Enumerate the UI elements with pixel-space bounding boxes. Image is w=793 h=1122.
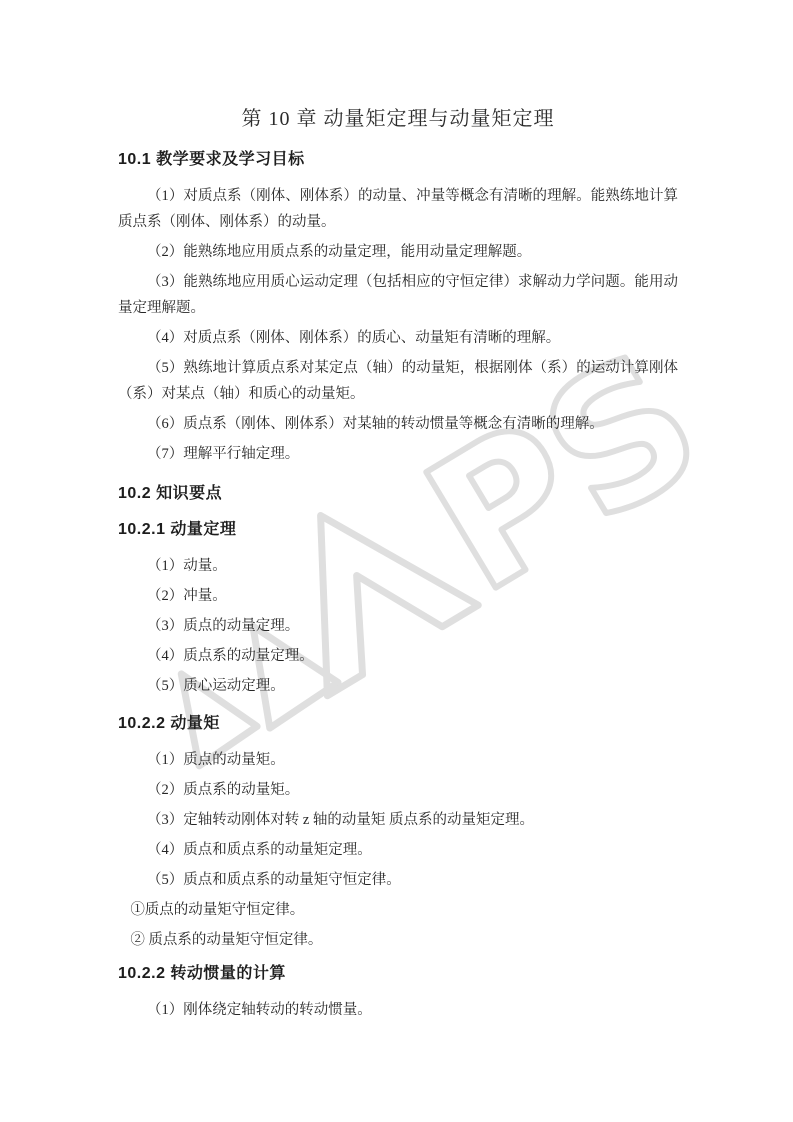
paragraph: （4）对质点系（刚体、刚体系）的质心、动量矩有清晰的理解。 xyxy=(118,325,678,351)
sub-paragraph: ①质点的动量矩守恒定律。 xyxy=(118,897,678,923)
document-page: PS 第 10 章 动量矩定理与动量矩定理 10.1 教学要求及学习目标 （1）… xyxy=(0,0,793,1122)
paragraph: （4）质点系的动量定理。 xyxy=(118,643,678,669)
document-content: 第 10 章 动量矩定理与动量矩定理 10.1 教学要求及学习目标 （1）对质点… xyxy=(118,0,678,1023)
paragraph: （5）质点和质点系的动量矩守恒定律。 xyxy=(118,867,678,893)
paragraph: （3）质点的动量定理。 xyxy=(118,613,678,639)
chapter-title: 第 10 章 动量矩定理与动量矩定理 xyxy=(118,105,678,133)
paragraph: （5）熟练地计算质点系对某定点（轴）的动量矩，根据刚体（系）的运动计算刚体（系）… xyxy=(118,355,678,407)
sub-paragraph: ② 质点系的动量矩守恒定律。 xyxy=(118,927,678,953)
section-heading-10-1: 10.1 教学要求及学习目标 xyxy=(118,149,678,171)
paragraph: （1）刚体绕定轴转动的转动惯量。 xyxy=(118,997,678,1023)
paragraph: （3）能熟练地应用质心运动定理（包括相应的守恒定律）求解动力学问题。能用动量定理… xyxy=(118,269,678,321)
paragraph: （6）质点系（刚体、刚体系）对某轴的转动惯量等概念有清晰的理解。 xyxy=(118,411,678,437)
section-heading-10-2-2-momentum-moment: 10.2.2 动量矩 xyxy=(118,713,678,735)
paragraph: （2）能熟练地应用质点系的动量定理，能用动量定理解题。 xyxy=(118,239,678,265)
paragraph: （5）质心运动定理。 xyxy=(118,673,678,699)
paragraph: （1）质点的动量矩。 xyxy=(118,747,678,773)
paragraph: （2）质点系的动量矩。 xyxy=(118,777,678,803)
paragraph: （3）定轴转动刚体对转 z 轴的动量矩 质点系的动量矩定理。 xyxy=(118,807,678,833)
paragraph: （4）质点和质点系的动量矩定理。 xyxy=(118,837,678,863)
paragraph: （7）理解平行轴定理。 xyxy=(118,441,678,467)
section-heading-10-2-2-inertia: 10.2.2 转动惯量的计算 xyxy=(118,963,678,985)
paragraph: （1）动量。 xyxy=(118,553,678,579)
paragraph: （1）对质点系（刚体、刚体系）的动量、冲量等概念有清晰的理解。能熟练地计算质点系… xyxy=(118,183,678,235)
section-heading-10-2-1: 10.2.1 动量定理 xyxy=(118,519,678,541)
section-heading-10-2: 10.2 知识要点 xyxy=(118,483,678,505)
paragraph: （2）冲量。 xyxy=(118,583,678,609)
